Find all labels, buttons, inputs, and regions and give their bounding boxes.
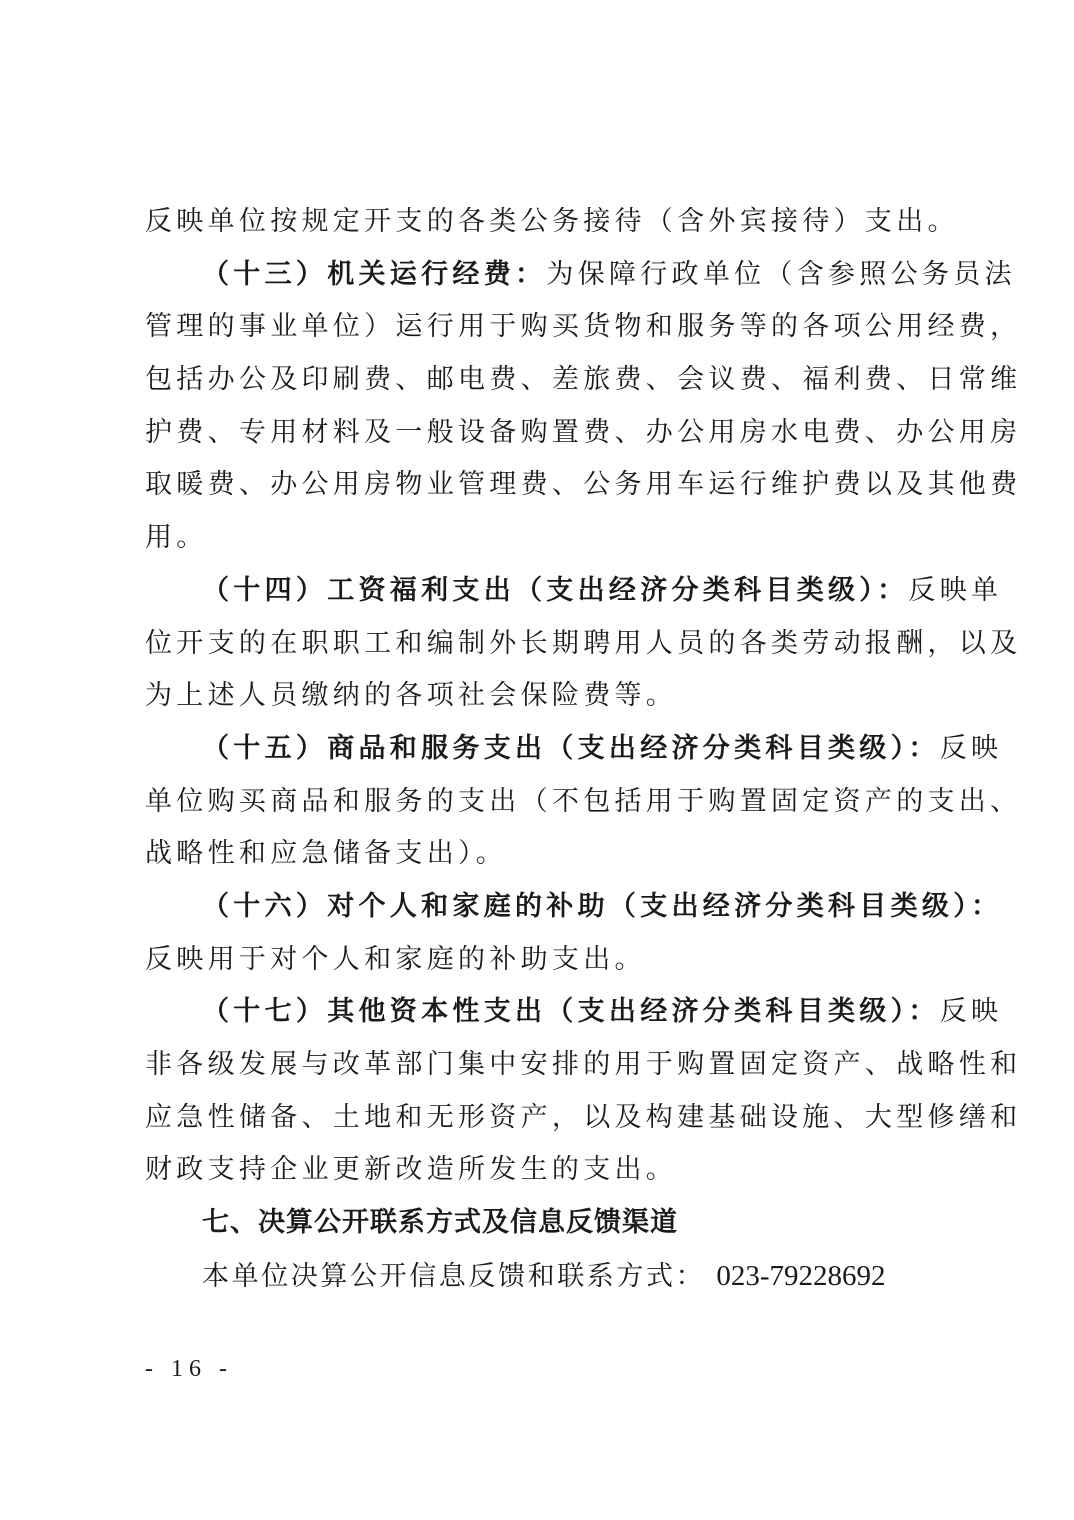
- item-17-title: （十七）其他资本性支出（支出经济分类科目类级）：: [202, 996, 940, 1027]
- paragraph-line: 应急性储备、土地和无形资产，以及构建基础设施、大型修缮和: [145, 1092, 941, 1145]
- item-14-title-line: （十四）工资福利支出（支出经济分类科目类级）：反映单: [145, 565, 941, 618]
- item-16-title: （十六）对个人和家庭的补助（支出经济分类科目类级）：: [202, 891, 1002, 922]
- paragraph-line: 取暖费、办公用房物业管理费、公务用车运行维护费以及其他费: [145, 459, 941, 512]
- paragraph-line: 反映用于对个人和家庭的补助支出。: [145, 934, 941, 987]
- paragraph-line: 财政支持企业更新改造所发生的支出。: [145, 1144, 941, 1197]
- paragraph-line: 单位购买商品和服务的支出（不包括用于购置固定资产的支出、: [145, 776, 941, 829]
- paragraph-line: 反映单位按规定开支的各类公务接待（含外宾接待）支出。: [145, 196, 941, 249]
- item-13-title: （十三）机关运行经费：: [202, 259, 546, 290]
- item-17-title-line: （十七）其他资本性支出（支出经济分类科目类级）：反映: [145, 986, 941, 1039]
- item-13-title-line: （十三）机关运行经费：为保障行政单位（含参照公务员法: [145, 249, 941, 302]
- paragraph-line: 位开支的在职职工和编制外长期聘用人员的各类劳动报酬，以及: [145, 618, 941, 671]
- page-number: - 16 -: [145, 1356, 233, 1383]
- section-heading: 七、决算公开联系方式及信息反馈渠道: [145, 1197, 941, 1250]
- paragraph-line: 包括办公及印刷费、邮电费、差旅费、会议费、福利费、日常维: [145, 354, 941, 407]
- document-page: 反映单位按规定开支的各类公务接待（含外宾接待）支出。 （十三）机关运行经费：为保…: [145, 196, 941, 1302]
- paragraph-line: 非各级发展与改革部门集中安排的用于购置固定资产、战略性和: [145, 1039, 941, 1092]
- paragraph-line: 为上述人员缴纳的各项社会保险费等。: [145, 670, 941, 723]
- item-15-title-line: （十五）商品和服务支出（支出经济分类科目类级）：反映: [145, 723, 941, 776]
- item-14-title: （十四）工资福利支出（支出经济分类科目类级）：: [202, 575, 908, 606]
- paragraph-line: 战略性和应急储备支出）。: [145, 828, 941, 881]
- paragraph-line: 用。: [145, 512, 941, 565]
- contact-phone: 023-79228692: [716, 1260, 885, 1292]
- item-16-title-line: （十六）对个人和家庭的补助（支出经济分类科目类级）：: [145, 881, 941, 934]
- paragraph-line: 护费、专用材料及一般设备购置费、办公用房水电费、办公用房: [145, 407, 941, 460]
- paragraph-line: 管理的事业单位）运行用于购买货物和服务等的各项公用经费，: [145, 301, 941, 354]
- contact-line: 本单位决算公开信息反馈和联系方式： 023-79228692: [145, 1250, 941, 1303]
- contact-label: 本单位决算公开信息反馈和联系方式：: [202, 1261, 705, 1292]
- item-15-title: （十五）商品和服务支出（支出经济分类科目类级）：: [202, 733, 940, 764]
